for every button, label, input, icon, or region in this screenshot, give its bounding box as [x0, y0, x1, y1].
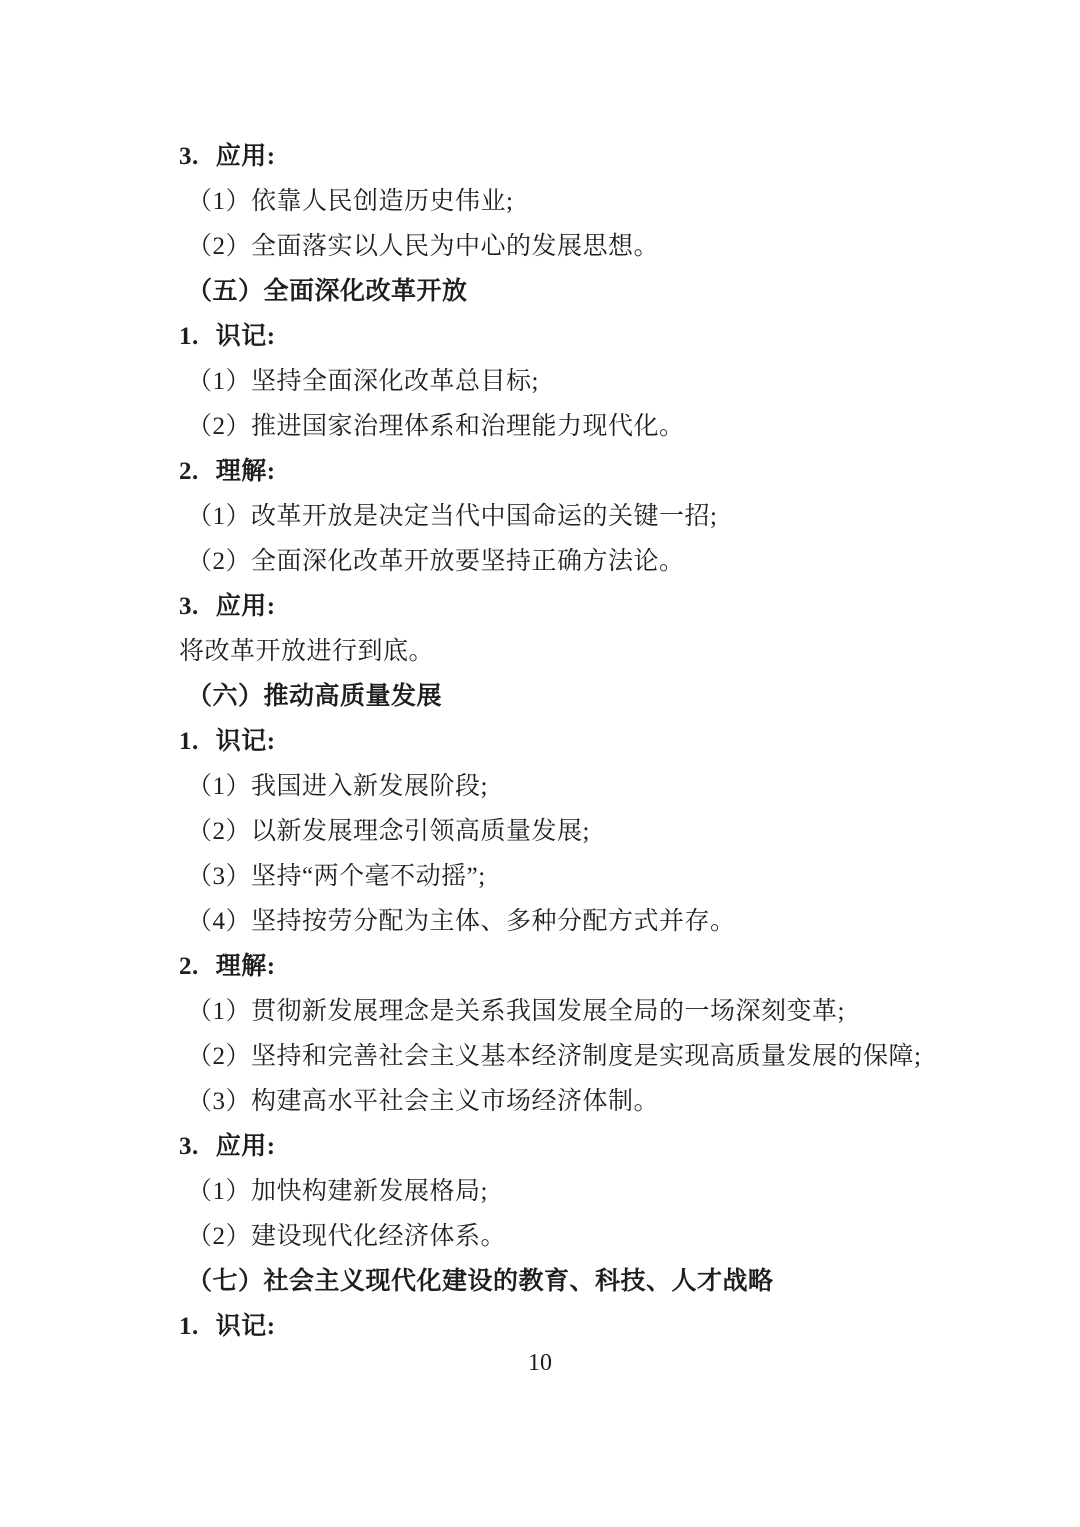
- list-item: （2）建设现代化经济体系。: [179, 1214, 989, 1259]
- numbered-heading: 3.应用:: [179, 1124, 989, 1169]
- document-body: 3.应用: （1）依靠人民创造历史伟业; （2）全面落实以人民为中心的发展思想。…: [179, 134, 989, 1349]
- heading-label: 应用:: [216, 143, 276, 170]
- list-item: （3）坚持“两个毫不动摇”;: [179, 854, 989, 899]
- heading-label: 理解:: [216, 953, 276, 980]
- page-number: 10: [0, 1348, 1080, 1378]
- heading-number: 2.: [179, 953, 199, 980]
- numbered-heading: 3.应用:: [179, 134, 989, 179]
- numbered-heading: 1.识记:: [179, 719, 989, 764]
- list-item: （1）贯彻新发展理念是关系我国发展全局的一场深刻变革;: [179, 989, 989, 1034]
- list-item: （2）推进国家治理体系和治理能力现代化。: [179, 404, 989, 449]
- numbered-heading: 2.理解:: [179, 449, 989, 494]
- list-item: （3）构建高水平社会主义市场经济体制。: [179, 1079, 989, 1124]
- heading-label: 识记:: [216, 323, 276, 350]
- numbered-heading: 3.应用:: [179, 584, 989, 629]
- list-item: （2）全面深化改革开放要坚持正确方法论。: [179, 539, 989, 584]
- list-item: （2）坚持和完善社会主义基本经济制度是实现高质量发展的保障;: [179, 1034, 989, 1079]
- list-item: （1）加快构建新发展格局;: [179, 1169, 989, 1214]
- heading-number: 1.: [179, 728, 199, 755]
- heading-number: 3.: [179, 143, 199, 170]
- numbered-heading: 1.识记:: [179, 1304, 989, 1349]
- heading-number: 1.: [179, 323, 199, 350]
- section-heading: （七）社会主义现代化建设的教育、科技、人才战略: [179, 1259, 989, 1304]
- heading-label: 理解:: [216, 458, 276, 485]
- heading-label: 识记:: [216, 1313, 276, 1340]
- heading-number: 2.: [179, 458, 199, 485]
- list-item: （4）坚持按劳分配为主体、多种分配方式并存。: [179, 899, 989, 944]
- heading-number: 3.: [179, 1133, 199, 1160]
- section-heading: （五）全面深化改革开放: [179, 269, 989, 314]
- list-item: （1）依靠人民创造历史伟业;: [179, 179, 989, 224]
- heading-label: 应用:: [216, 1133, 276, 1160]
- section-heading: （六）推动高质量发展: [179, 674, 989, 719]
- list-item: （1）坚持全面深化改革总目标;: [179, 359, 989, 404]
- numbered-heading: 1.识记:: [179, 314, 989, 359]
- list-item: （2）以新发展理念引领高质量发展;: [179, 809, 989, 854]
- heading-number: 1.: [179, 1313, 199, 1340]
- list-item: （1）改革开放是决定当代中国命运的关键一招;: [179, 494, 989, 539]
- paragraph: 将改革开放进行到底。: [179, 629, 989, 674]
- numbered-heading: 2.理解:: [179, 944, 989, 989]
- heading-label: 识记:: [216, 728, 276, 755]
- heading-number: 3.: [179, 593, 199, 620]
- list-item: （1）我国进入新发展阶段;: [179, 764, 989, 809]
- heading-label: 应用:: [216, 593, 276, 620]
- document-page: 3.应用: （1）依靠人民创造历史伟业; （2）全面落实以人民为中心的发展思想。…: [0, 0, 1080, 1527]
- list-item: （2）全面落实以人民为中心的发展思想。: [179, 224, 989, 269]
